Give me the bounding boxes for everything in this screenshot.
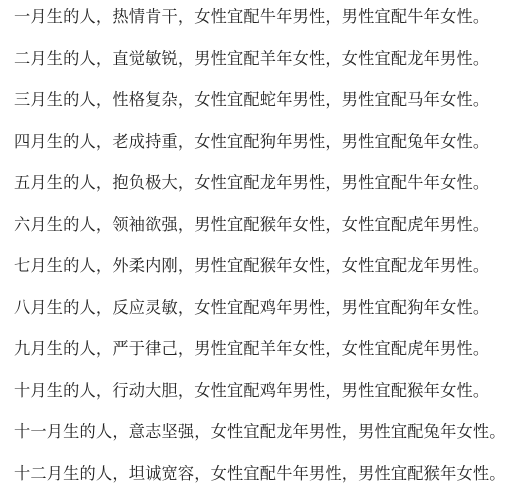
text-line-november: 十一月生的人，意志坚强，女性宜配龙年男性，男性宜配兔年女性。 [14, 420, 505, 462]
text-line-march: 三月生的人，性格复杂，女性宜配蛇年男性，男性宜配马年女性。 [14, 88, 505, 130]
text-line-february: 二月生的人，直觉敏锐，男性宜配羊年女性，女性宜配龙年男性。 [14, 47, 505, 89]
text-line-april: 四月生的人，老成持重，女性宜配狗年男性，男性宜配兔年女性。 [14, 130, 505, 172]
text-line-august: 八月生的人，反应灵敏，女性宜配鸡年男性，男性宜配狗年女性。 [14, 296, 505, 338]
text-line-december: 十二月生的人，坦诚宽容，女性宜配牛年男性，男性宜配猴年女性。 [14, 462, 505, 500]
text-line-july: 七月生的人，外柔内刚，男性宜配猴年女性，女性宜配龙年男性。 [14, 254, 505, 296]
text-line-october: 十月生的人，行动大胆，女性宜配鸡年男性，男性宜配猴年女性。 [14, 379, 505, 421]
text-line-may: 五月生的人，抱负极大，女性宜配龙年男性，男性宜配牛年女性。 [14, 171, 505, 213]
text-line-september: 九月生的人，严于律己，男性宜配羊年女性，女性宜配虎年男性。 [14, 337, 505, 379]
text-line-january: 一月生的人，热情肯干，女性宜配牛年男性，男性宜配牛年女性。 [14, 5, 505, 47]
text-line-june: 六月生的人，领袖欲强，男性宜配猴年女性，女性宜配虎年男性。 [14, 213, 505, 255]
document-body: 一月生的人，热情肯干，女性宜配牛年男性，男性宜配牛年女性。 二月生的人，直觉敏锐… [14, 5, 505, 500]
